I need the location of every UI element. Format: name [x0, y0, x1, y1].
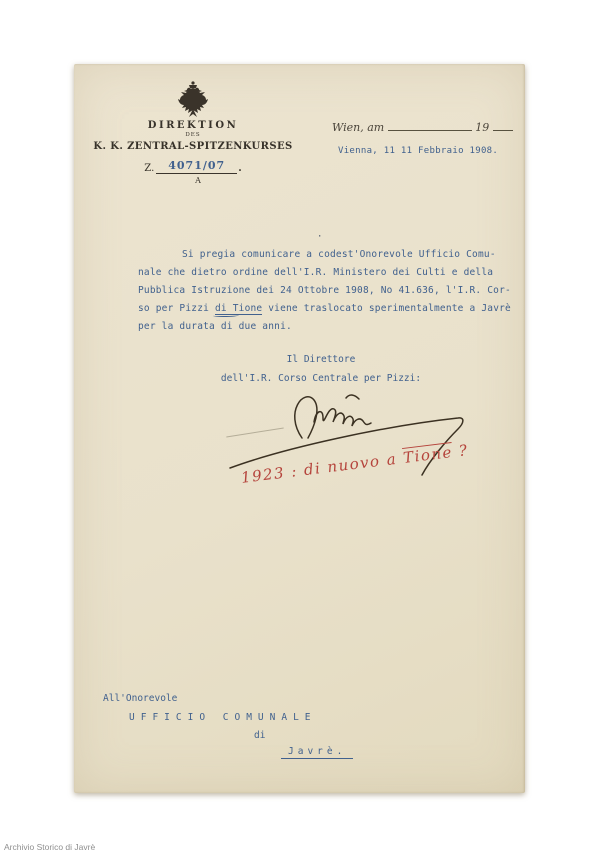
archive-watermark: Archivio Storico di Javrè: [4, 842, 95, 852]
protocol-number: 4071/07: [168, 159, 225, 172]
address-honorific: All'Onorevole: [103, 693, 353, 704]
address-place: Javrè.: [281, 746, 353, 759]
underlined-di-tione: di Tione: [215, 303, 262, 315]
archival-scan-page: DIREKTION DES K. K. ZENTRAL-SPITZENKURSE…: [0, 0, 600, 857]
protocol-sub-letter: A: [100, 176, 296, 185]
protocol-number-underline: 4071/07: [156, 159, 237, 174]
closing-title: Il Direttore: [214, 350, 428, 369]
typed-date: Vienna, 11 11 Febbraio 1908.: [338, 146, 512, 156]
letter-body: Si pregia comunicare a codest'Onorevole …: [138, 246, 512, 336]
body-line: Pubblica Istruzione dei 24 Ottobre 1908,…: [138, 282, 512, 300]
body-line: per la durata di due anni.: [138, 318, 512, 336]
address-office: UFFICIO COMUNALE: [129, 712, 353, 723]
printed-year: 19: [475, 121, 489, 134]
letterhead-title: DIREKTION: [90, 120, 296, 131]
body-line: Si pregia comunicare a codest'Onorevole …: [138, 246, 512, 264]
body-line: so per Pizzi di Tione viene traslocato s…: [138, 300, 512, 318]
body-line-segment: viene traslocato sperimentalmente a Javr…: [262, 303, 511, 314]
body-line: nale che dietro ordine dell'I.R. Ministe…: [138, 264, 512, 282]
letter-paper: DIREKTION DES K. K. ZENTRAL-SPITZENKURSE…: [74, 64, 525, 793]
printed-date-line: Wien, am 19: [332, 121, 512, 134]
protocol-number-row: Z. 4071/07 .: [90, 159, 296, 174]
dateline: Wien, am 19 Vienna, 11 11 Febbraio 1908.: [332, 121, 512, 156]
address-di: di: [254, 730, 353, 741]
address-place-underlined: Javrè.: [281, 746, 353, 759]
protocol-dot: .: [238, 163, 241, 174]
recipient-address: All'Onorevole UFFICIO COMUNALE di Javrè.: [103, 693, 353, 759]
protocol-label: Z.: [144, 163, 154, 174]
annotation-question-mark: ?: [452, 441, 470, 461]
letterhead-subtitle: DES: [90, 132, 296, 138]
body-line-segment: so per Pizzi: [138, 303, 215, 314]
year-blank-line: [493, 121, 513, 131]
printed-place: Wien, am: [332, 121, 384, 134]
letterhead: DIREKTION DES K. K. ZENTRAL-SPITZENKURSE…: [90, 80, 296, 185]
stray-ink-mark: ·: [317, 232, 322, 242]
letterhead-institution: K. K. ZENTRAL-SPITZENKURSES: [90, 141, 296, 152]
date-blank-line: [388, 121, 472, 131]
imperial-eagle-icon: [90, 80, 296, 118]
